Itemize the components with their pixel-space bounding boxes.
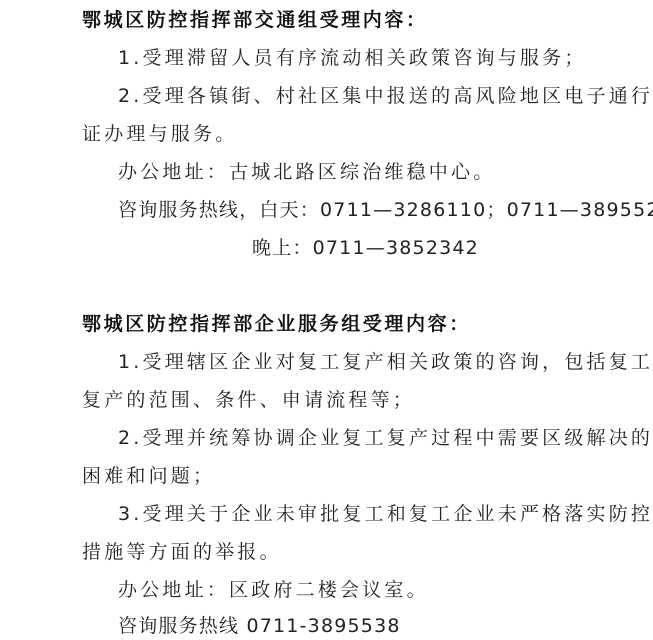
section-title-traffic: 鄂城区防控指挥部交通组受理内容： (82, 8, 428, 32)
enterprise-item-1-cont: 复产的范围、条件、申请流程等； (82, 388, 415, 412)
enterprise-item-2: 2.受理并统筹协调企业复工复产过程中需要区级解决的 (118, 426, 653, 450)
enterprise-item-1: 1.受理辖区企业对复工复产相关政策的咨询，包括复工 (118, 350, 653, 374)
traffic-office-address: 办公地址：古城北路区综治维稳中心。 (118, 160, 495, 184)
enterprise-hotline: 咨询服务热线 0711-3895538 (118, 614, 401, 638)
section-title-enterprise: 鄂城区防控指挥部企业服务组受理内容： (82, 312, 471, 336)
traffic-item-2-cont: 证办理与服务。 (82, 122, 237, 146)
enterprise-office-address: 办公地址：区政府二楼会议室。 (118, 578, 429, 602)
enterprise-item-2-cont: 困难和问题； (82, 464, 215, 488)
traffic-item-1: 1.受理滞留人员有序流动相关政策咨询与服务； (118, 46, 587, 70)
enterprise-item-3: 3.受理关于企业未审批复工和复工企业未严格落实防控 (118, 502, 653, 526)
enterprise-item-3-cont: 措施等方面的举报。 (82, 540, 282, 564)
traffic-item-2: 2.受理各镇街、村社区集中报送的高风险地区电子通行 (118, 84, 653, 108)
traffic-hotline-night: 晚上：0711—3852342 (252, 236, 479, 260)
traffic-hotline-day: 咨询服务热线，白天：0711—3286110；0711—3895526。 (118, 198, 653, 222)
